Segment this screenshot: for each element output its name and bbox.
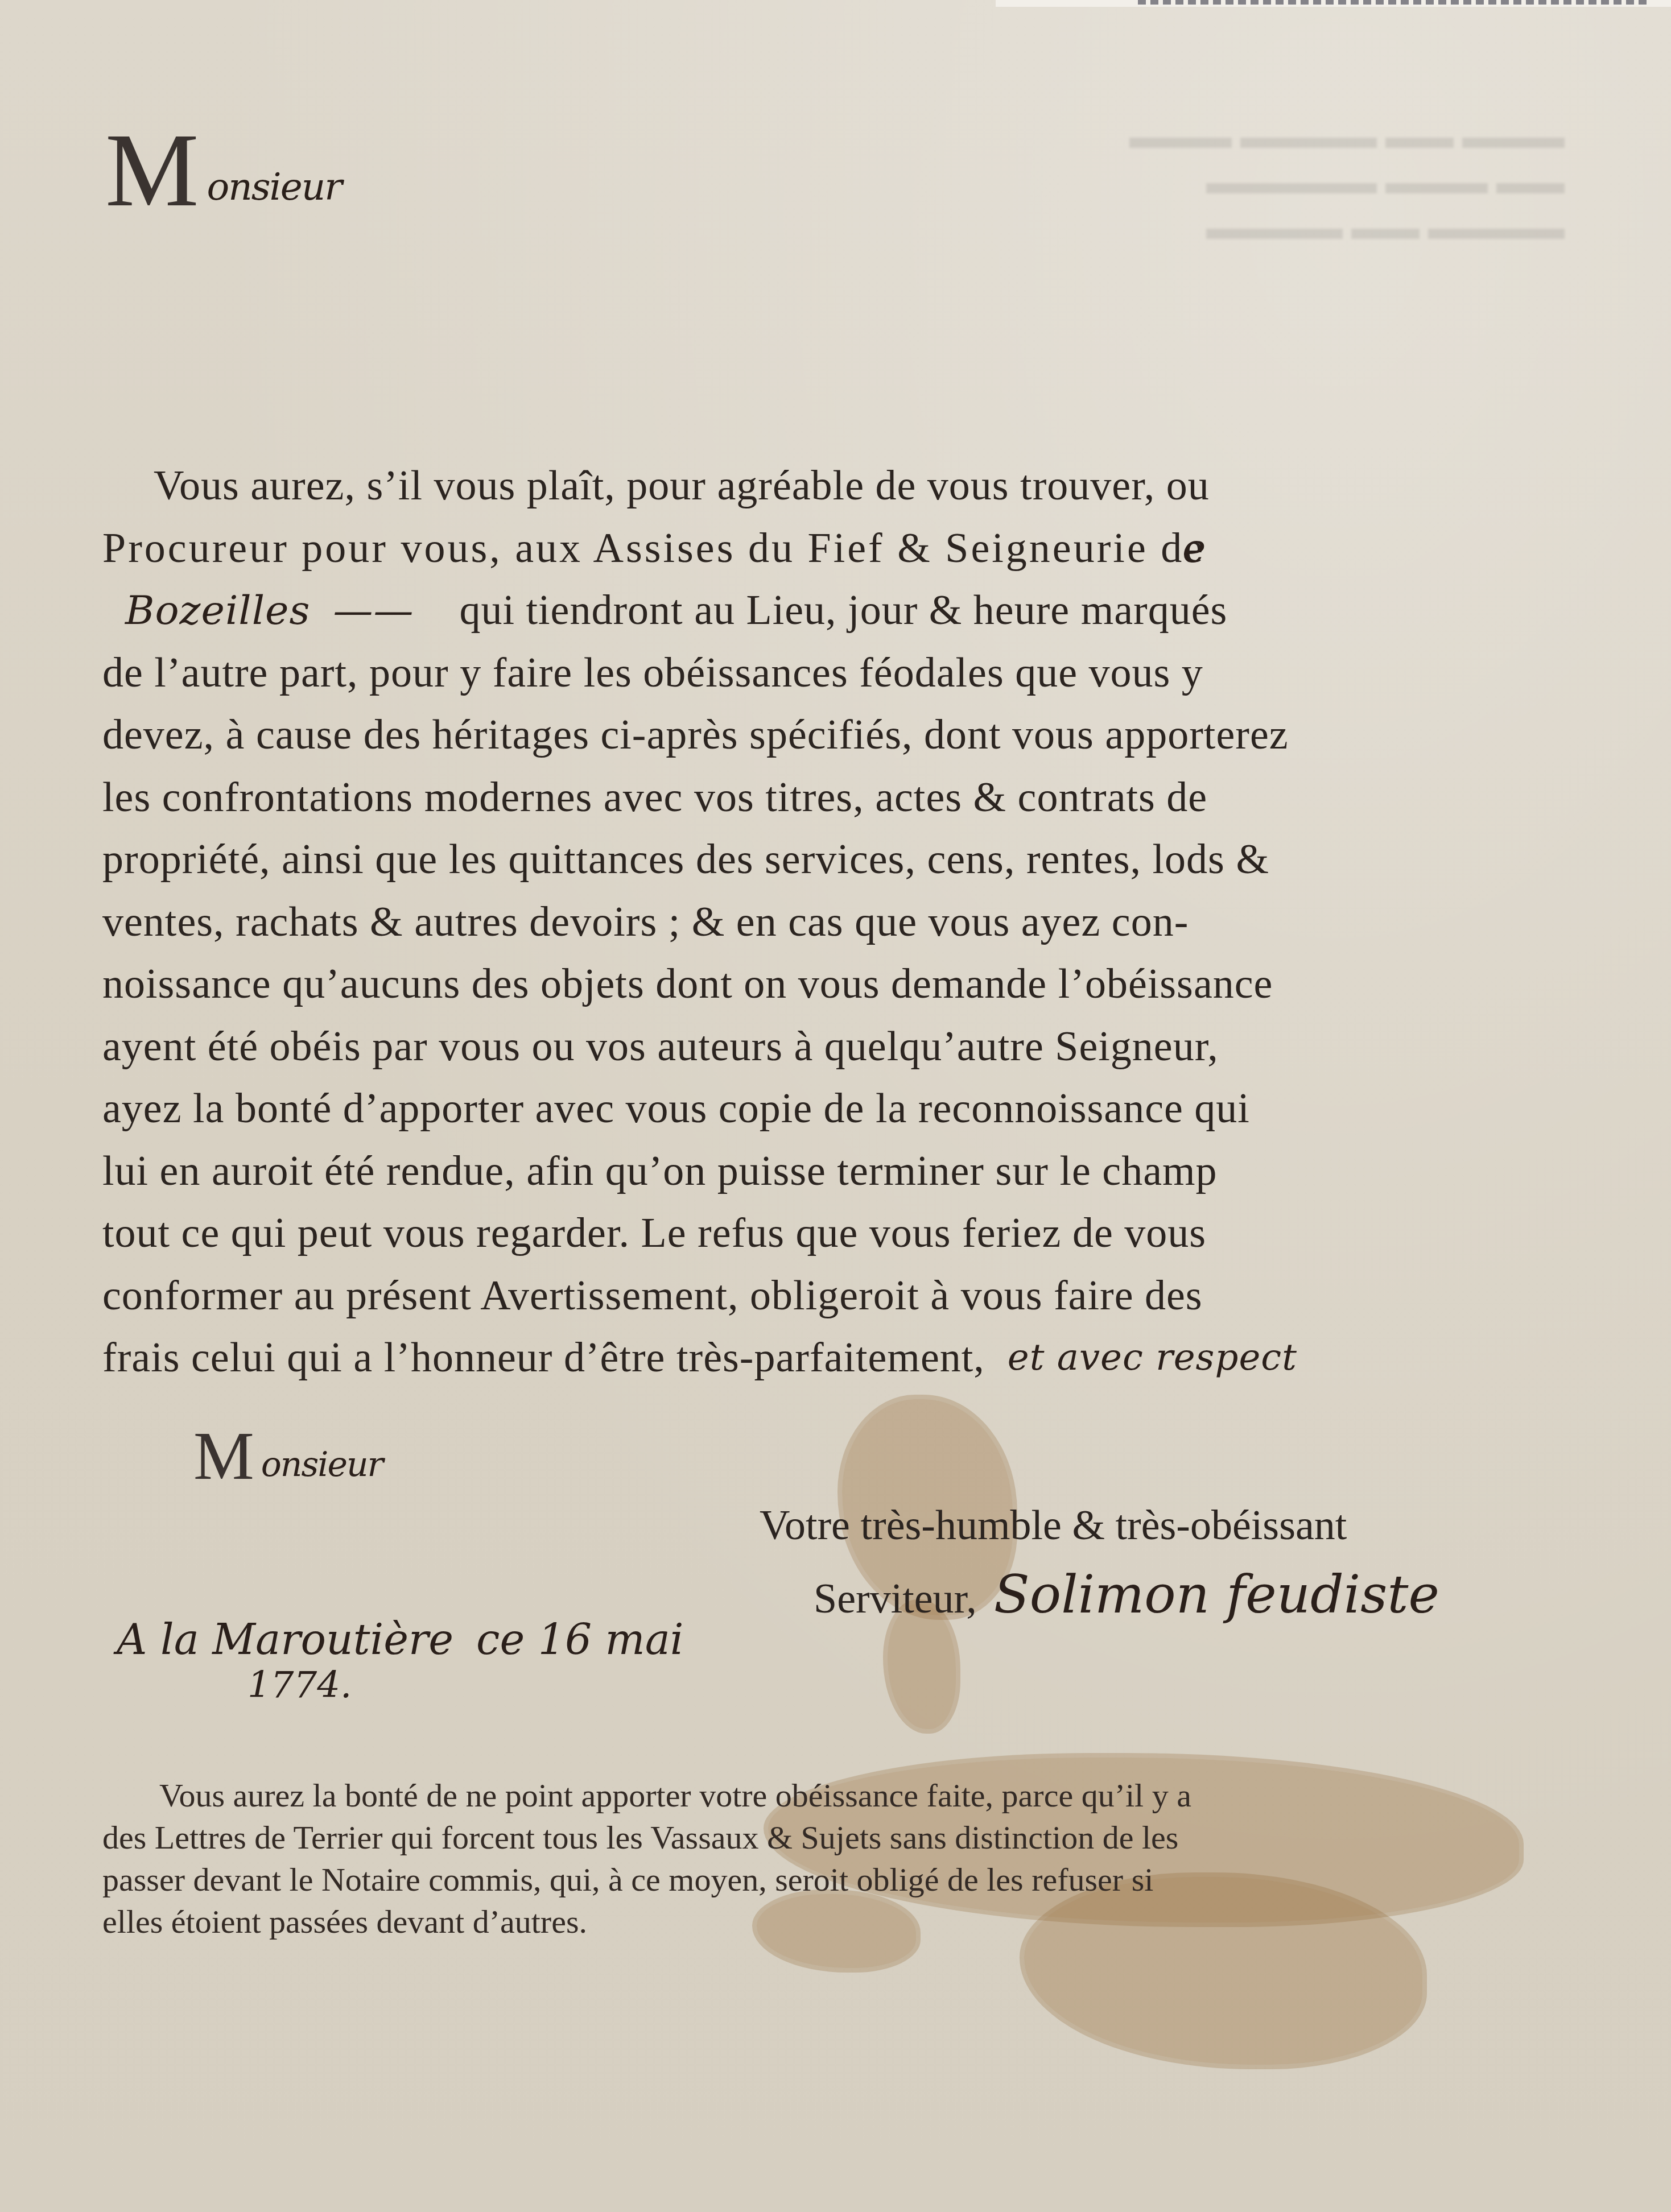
body-line: devez, à cause des héritages ci-après sp…: [102, 704, 1525, 767]
body-line: propriété, ainsi que les quittances des …: [102, 829, 1525, 891]
closing-line: Votre très-humble & très-obéissant: [760, 1502, 1347, 1550]
footnote-line: elles étoient passées devant d’autres.: [102, 1901, 1525, 1943]
body-line: les confrontations modernes avec vos tit…: [102, 767, 1525, 829]
body-line: Bozeilles —— qui tiendront au Lieu, jour…: [102, 580, 1525, 642]
handwritten-closing-addition: et avec respect: [1008, 1327, 1297, 1390]
body-line: ayent été obéis par vous ou vos auteurs …: [102, 1016, 1525, 1078]
page-edge-print: [1138, 0, 1650, 5]
closing-signature-line: Serviteur, Solimon feudiste: [814, 1564, 1439, 1625]
footnote-line: des Lettres de Terrier qui forcent tous …: [102, 1817, 1525, 1859]
closing-handwritten: onsieur: [261, 1445, 383, 1485]
body-line: lui en auroit été rendue, afin qu’on pui…: [102, 1140, 1525, 1203]
body-line: tout ce qui peut vous regarder. Le refus…: [102, 1202, 1525, 1265]
body-line: Procureur pour vous, aux Assises du Fief…: [102, 518, 1525, 580]
body-line: de l’autre part, pour y faire les obéiss…: [102, 642, 1525, 705]
footnote-line: Vous aurez la bonté de ne point apporter…: [102, 1775, 1525, 1817]
year: 1774.: [247, 1664, 684, 1706]
body-line: frais celui qui a l’honneur d’être très-…: [102, 1327, 1525, 1390]
place-name: A la Maroutière: [117, 1615, 453, 1664]
body-paragraph: Vous aurez, s’il vous plaît, pour agréab…: [102, 455, 1525, 1390]
document-page: ▬▬▬ ▬▬ ▬▬▬▬ ▬▬▬▬▬ ▬▬▬ ▬▬▬▬▬▬▬▬▬ ▬▬ ▬▬▬▬ …: [0, 0, 1671, 2212]
body-line: ventes, rachats & autres devoirs ; & en …: [102, 891, 1525, 954]
closing-initial: M: [193, 1428, 254, 1485]
greeting-initial: M: [105, 128, 199, 213]
signature: Solimon feudiste: [994, 1564, 1439, 1625]
date: ce 16 mai: [476, 1615, 683, 1664]
bleed-through-text: ▬▬▬ ▬▬ ▬▬▬▬ ▬▬▬▬▬ ▬▬▬ ▬▬▬▬▬▬▬▬▬ ▬▬ ▬▬▬▬: [597, 114, 1565, 353]
closing-serviteur: Serviteur,: [814, 1575, 977, 1623]
greeting: M onsieur: [105, 128, 341, 213]
footnote-line: passer devant le Notaire commis, qui, à …: [102, 1859, 1525, 1901]
seigneurie-name: Bozeilles: [125, 580, 310, 642]
body-line: ayez la bonté d’apporter avec vous copie…: [102, 1078, 1525, 1140]
greeting-handwritten: onsieur: [207, 165, 341, 209]
seigneurie-dash: ——: [333, 580, 414, 642]
handwritten-suffix: e: [1182, 518, 1206, 580]
body-line: Vous aurez, s’il vous plaît, pour agréab…: [102, 455, 1525, 518]
body-line: noissance qu’aucuns des objets dont on v…: [102, 953, 1525, 1016]
body-line: conformer au présent Avertissement, obli…: [102, 1265, 1525, 1328]
footnote: Vous aurez la bonté de ne point apporter…: [102, 1775, 1525, 1943]
place-date: A la Maroutière ce 16 mai 1774.: [117, 1615, 684, 1706]
closing-salutation: M onsieur: [193, 1428, 382, 1485]
